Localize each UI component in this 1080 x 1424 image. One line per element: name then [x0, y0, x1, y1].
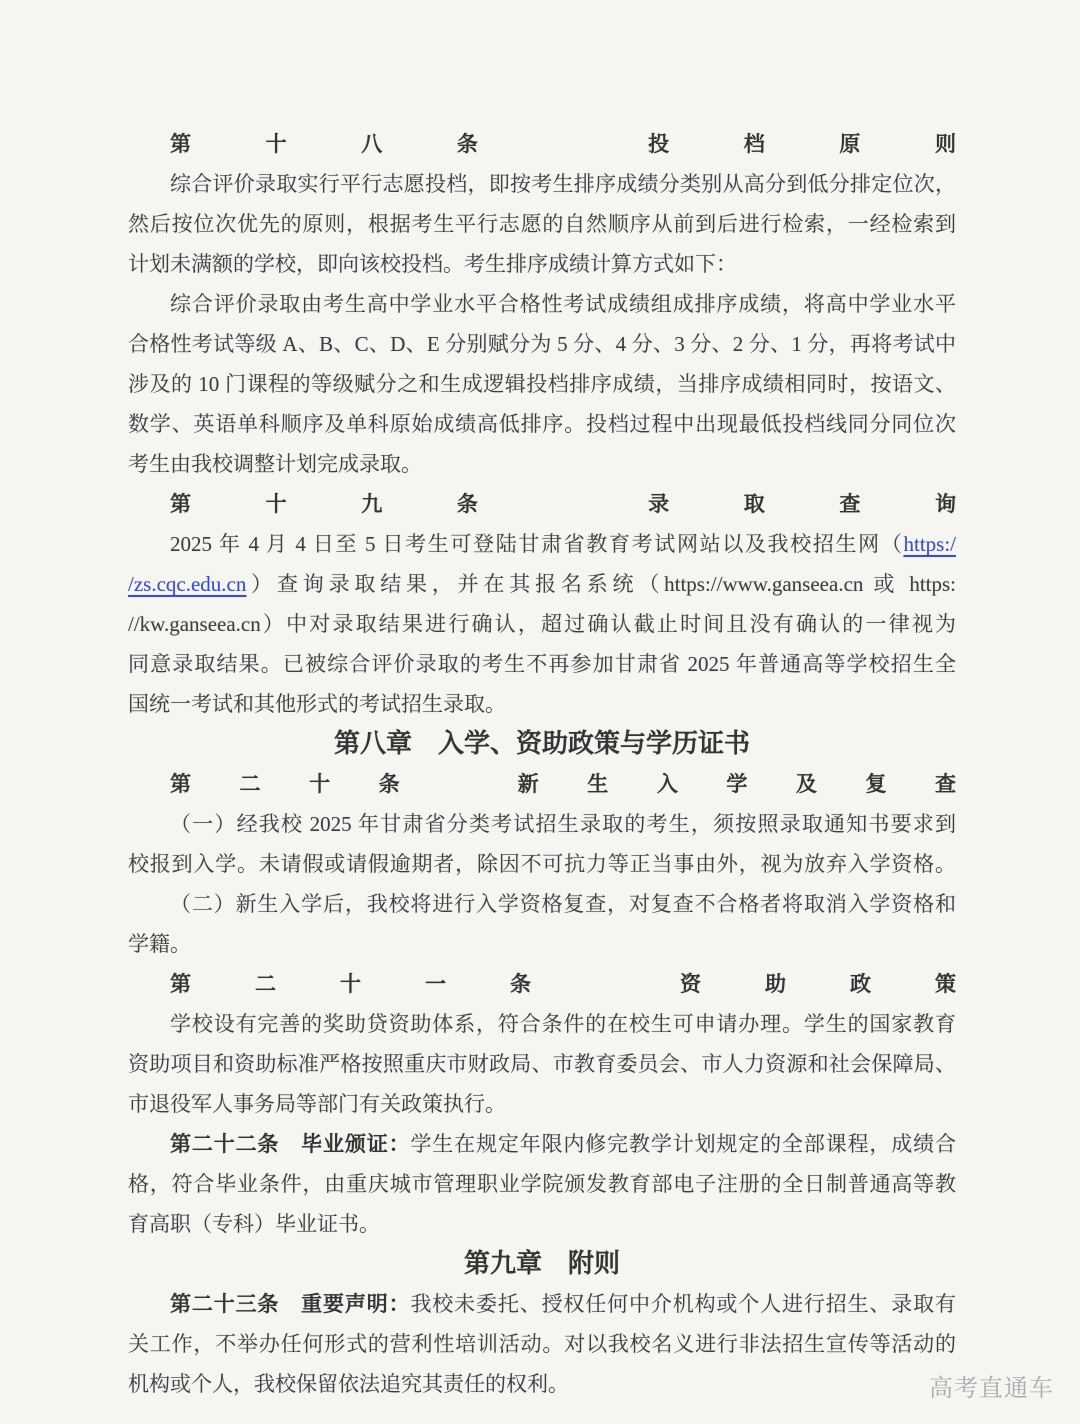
text-segment: 数学、英语单科顺序及单科原始成绩高低排序。投档过程中出现最低投档线同分同位次: [128, 412, 956, 436]
watermark: 高考直通车: [929, 1368, 1054, 1403]
text-line: 机构或个人，我校保留依法追究其责任的权利。: [128, 1364, 956, 1404]
bold-text: 第二十一条 资助政策: [170, 972, 956, 996]
text-segment: 涉及的 10 门课程的等级赋分之和生成逻辑投档排序成绩，当排序成绩相同时，按语文…: [128, 372, 956, 396]
text-segment: 考生由我校调整计划完成录取。: [128, 452, 422, 476]
text-line: 综合评价录取由考生高中学业水平合格性考试成绩组成排序成绩，将高中学业水平: [128, 284, 956, 324]
text-line: 合格性考试等级 A、B、C、D、E 分别赋分为 5 分、4 分、3 分、2 分、…: [128, 324, 956, 364]
bold-text: 第九章 附则: [464, 1249, 620, 1278]
text-segment: 综合评价录取实行平行志愿投档，即按考生排序成绩分类别从高分到低分排定位次，: [170, 172, 956, 196]
text-segment: 育高职（专科）毕业证书。: [128, 1212, 380, 1236]
bold-text: 第二十二条 毕业颁证：: [170, 1132, 410, 1156]
text-segment: 学籍。: [128, 932, 191, 956]
text-line: 资助项目和资助标准严格按照重庆市财政局、市教育委员会、市人力资源和社会保障局、: [128, 1044, 956, 1084]
bold-text: 第八章 入学、资助政策与学历证书: [334, 729, 750, 758]
text-line: 2025 年 4 月 4 日至 5 日考生可登陆甘肃省教育考试网站以及我校招生网…: [128, 524, 956, 564]
text-segment: 我校未委托、授权任何中介机构或个人进行招生、录取有: [410, 1292, 956, 1316]
bold-text: 第二十三条 重要声明：: [170, 1292, 410, 1316]
text-line: 学籍。: [128, 924, 956, 964]
text-segment: 格，符合毕业条件，由重庆城市管理职业学院颁发教育部电子注册的全日制普通高等教: [128, 1172, 956, 1196]
text-segment: 机构或个人，我校保留依法追究其责任的权利。: [128, 1372, 569, 1396]
text-line: //kw.ganseea.cn）中对录取结果进行确认，超过确认截止时间且没有确认…: [128, 604, 956, 644]
text-line: （二）新生入学后，我校将进行入学资格复查，对复查不合格者将取消入学资格和: [128, 884, 956, 924]
text-segment: 综合评价录取由考生高中学业水平合格性考试成绩组成排序成绩，将高中学业水平: [170, 292, 956, 316]
text-segment: 2025 年 4 月 4 日至 5 日考生可登陆甘肃省教育考试网站以及我校招生网…: [170, 532, 903, 556]
text-line: /zs.cqc.edu.cn）查询录取结果，并在其报名系统（https://ww…: [128, 564, 956, 604]
text-segment: （一）经我校 2025 年甘肃省分类考试招生录取的考生，须按照录取通知书要求到: [170, 812, 956, 836]
text-segment: 学校设有完善的奖助贷资助体系，符合条件的在校生可申请办理。学生的国家教育: [170, 1012, 956, 1036]
text-line: 综合评价录取实行平行志愿投档，即按考生排序成绩分类别从高分到低分排定位次，: [128, 164, 956, 204]
text-line: （一）经我校 2025 年甘肃省分类考试招生录取的考生，须按照录取通知书要求到: [128, 804, 956, 844]
text-segment: 计划未满额的学校，即向该校投档。考生排序成绩计算方式如下：: [128, 252, 737, 276]
article-heading: 第二十条 新生入学及复查: [128, 764, 956, 804]
text-line: 校报到入学。未请假或请假逾期者，除因不可抗力等正当事由外，视为放弃入学资格。: [128, 844, 956, 884]
text-segment: 校报到入学。未请假或请假逾期者，除因不可抗力等正当事由外，视为放弃入学资格。: [128, 852, 956, 876]
text-segment: 合格性考试等级 A、B、C、D、E 分别赋分为 5 分、4 分、3 分、2 分、…: [128, 332, 956, 356]
text-line: 育高职（专科）毕业证书。: [128, 1204, 956, 1244]
text-segment: 资助项目和资助标准严格按照重庆市财政局、市教育委员会、市人力资源和社会保障局、: [128, 1052, 956, 1076]
text-segment: 国统一考试和其他形式的考试招生录取。: [128, 692, 506, 716]
text-line: 涉及的 10 门课程的等级赋分之和生成逻辑投档排序成绩，当排序成绩相同时，按语文…: [128, 364, 956, 404]
text-line: 关工作，不举办任何形式的营利性培训活动。对以我校名义进行非法招生宣传等活动的: [128, 1324, 956, 1364]
text-line: 国统一考试和其他形式的考试招生录取。: [128, 684, 956, 724]
text-segment: 学生在规定年限内修完教学计划规定的全部课程，成绩合: [410, 1132, 956, 1156]
text-line: 学校设有完善的奖助贷资助体系，符合条件的在校生可申请办理。学生的国家教育: [128, 1004, 956, 1044]
text-line: 第二十三条 重要声明：我校未委托、授权任何中介机构或个人进行招生、录取有: [128, 1284, 956, 1324]
text-line: 然后按位次优先的原则，根据考生平行志愿的自然顺序从前到后进行检索，一经检索到: [128, 204, 956, 244]
article-heading: 第十八条 投档原则: [128, 124, 956, 164]
document-page: 第十八条 投档原则综合评价录取实行平行志愿投档，即按考生排序成绩分类别从高分到低…: [0, 0, 1080, 1424]
text-line: 计划未满额的学校，即向该校投档。考生排序成绩计算方式如下：: [128, 244, 956, 284]
text-line: 同意录取结果。已被综合评价录取的考生不再参加甘肃省 2025 年普通高等学校招生…: [128, 644, 956, 684]
text-segment: ）查询录取结果，并在其报名系统（https://www.ganseea.cn 或…: [246, 572, 956, 596]
text-segment: //kw.ganseea.cn）中对录取结果进行确认，超过确认截止时间且没有确认…: [128, 612, 956, 636]
text-line: 市退役军人事务局等部门有关政策执行。: [128, 1084, 956, 1124]
article-heading: 第二十一条 资助政策: [128, 964, 956, 1004]
chapter-heading: 第九章 附则: [128, 1244, 956, 1284]
text-segment: 市退役军人事务局等部门有关政策执行。: [128, 1092, 506, 1116]
document-content: 第十八条 投档原则综合评价录取实行平行志愿投档，即按考生排序成绩分类别从高分到低…: [128, 124, 956, 1404]
bold-text: 第十九条 录取查询: [170, 492, 956, 516]
article-heading: 第十九条 录取查询: [128, 484, 956, 524]
text-line: 格，符合毕业条件，由重庆城市管理职业学院颁发教育部电子注册的全日制普通高等教: [128, 1164, 956, 1204]
text-line: 第二十二条 毕业颁证：学生在规定年限内修完教学计划规定的全部课程，成绩合: [128, 1124, 956, 1164]
bold-text: 第二十条 新生入学及复查: [170, 772, 956, 796]
bold-text: 第十八条 投档原则: [170, 132, 956, 156]
hyperlink[interactable]: /zs.cqc.edu.cn: [128, 572, 246, 596]
text-line: 数学、英语单科顺序及单科原始成绩高低排序。投档过程中出现最低投档线同分同位次: [128, 404, 956, 444]
hyperlink[interactable]: https:/: [903, 532, 956, 556]
text-segment: 同意录取结果。已被综合评价录取的考生不再参加甘肃省 2025 年普通高等学校招生…: [128, 652, 956, 676]
text-segment: （二）新生入学后，我校将进行入学资格复查，对复查不合格者将取消入学资格和: [170, 892, 956, 916]
text-line: 考生由我校调整计划完成录取。: [128, 444, 956, 484]
text-segment: 然后按位次优先的原则，根据考生平行志愿的自然顺序从前到后进行检索，一经检索到: [128, 212, 956, 236]
chapter-heading: 第八章 入学、资助政策与学历证书: [128, 724, 956, 764]
text-segment: 关工作，不举办任何形式的营利性培训活动。对以我校名义进行非法招生宣传等活动的: [128, 1332, 956, 1356]
